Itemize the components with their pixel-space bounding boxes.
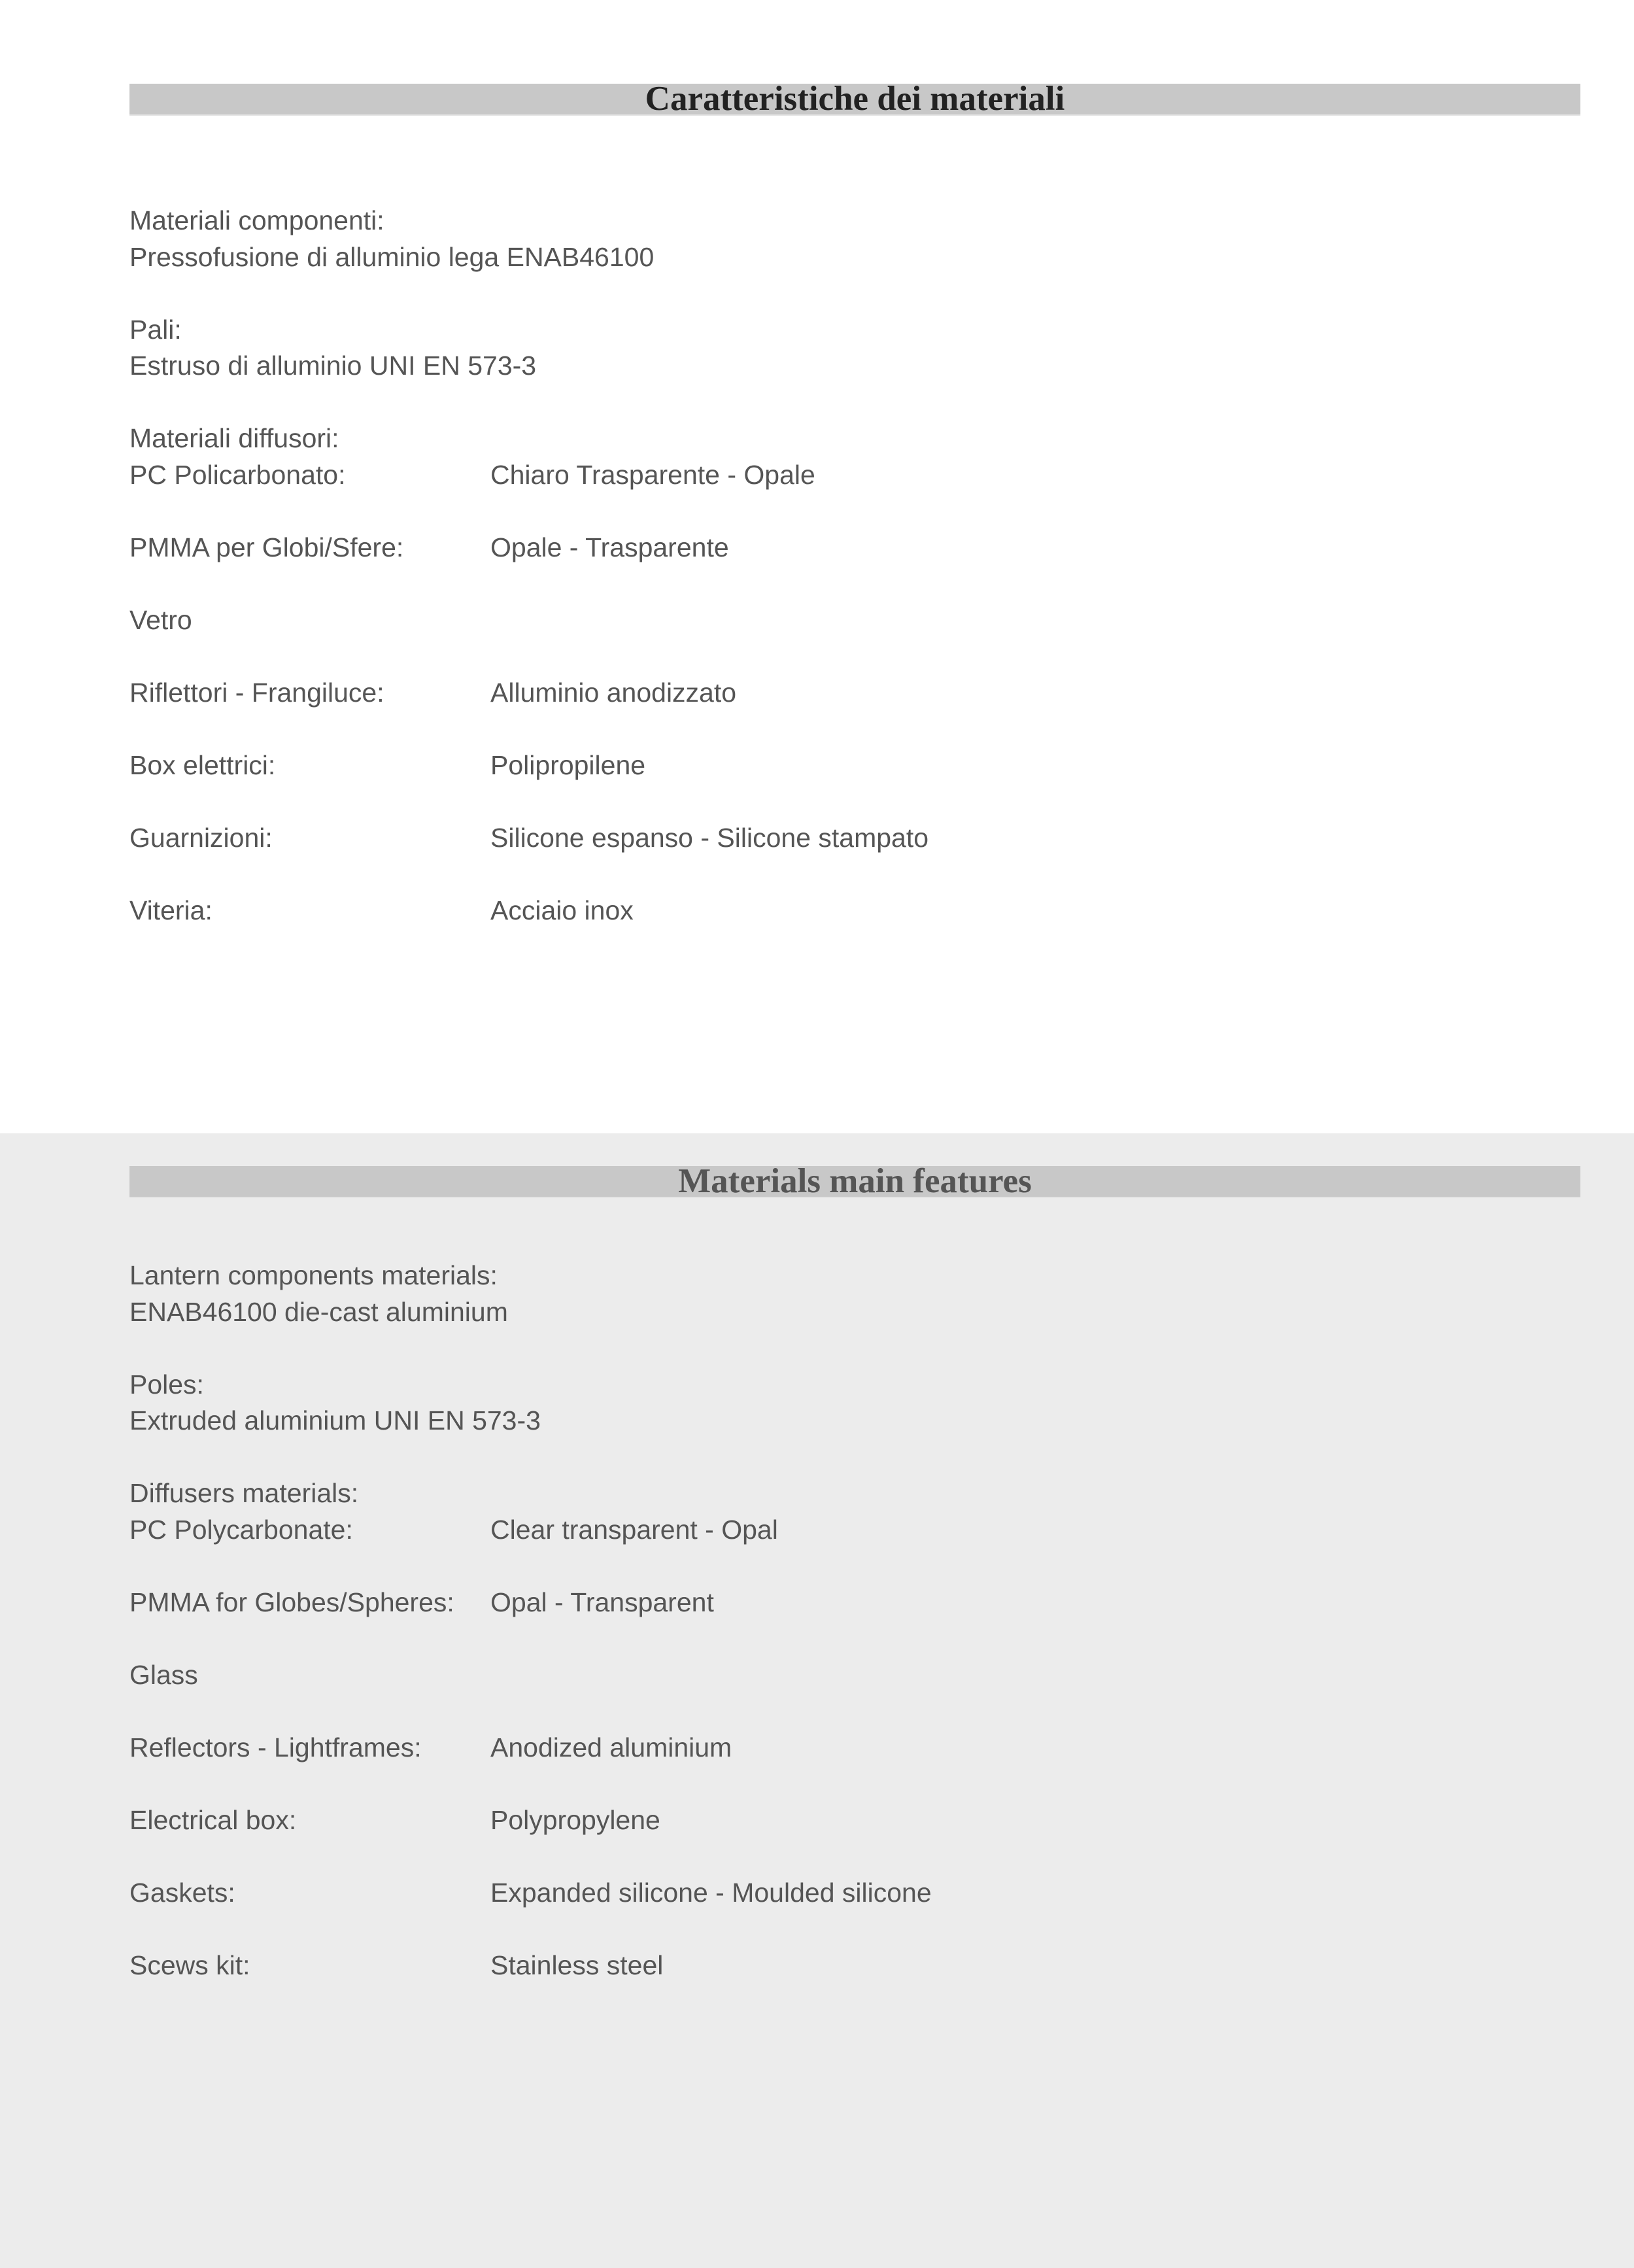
material-value: Opal - Transparent — [490, 1585, 714, 1621]
blank-line — [129, 275, 1568, 312]
material-row: PMMA per Globi/Sfere:Opale - Trasparente — [129, 530, 1568, 566]
italian-title: Caratteristiche dei materiali — [645, 80, 1065, 118]
blank-line — [129, 1548, 1568, 1585]
material-label: Electrical box: — [129, 1802, 296, 1839]
material-label: Materiali componenti: — [129, 203, 384, 239]
material-row: Vetro — [129, 602, 1568, 639]
material-row: Lantern components materials: — [129, 1258, 1568, 1294]
blank-line — [129, 1766, 1568, 1802]
material-label: Gaskets: — [129, 1875, 235, 1912]
material-row: Riflettori - Frangiluce:Alluminio anodiz… — [129, 675, 1568, 712]
material-label: Reflectors - Lightframes: — [129, 1730, 422, 1766]
material-label: Estruso di alluminio UNI EN 573-3 — [129, 348, 536, 385]
material-value: Silicone espanso - Silicone stampato — [490, 820, 928, 857]
material-row: Gaskets:Expanded silicone - Moulded sili… — [129, 1875, 1568, 1912]
english-materials-list: Lantern components materials:ENAB46100 d… — [129, 1258, 1568, 1984]
material-row: Pressofusione di alluminio lega ENAB4610… — [129, 239, 1568, 276]
material-label: PMMA for Globes/Spheres: — [129, 1585, 454, 1621]
material-label: Pressofusione di alluminio lega ENAB4610… — [129, 239, 654, 276]
material-row: Guarnizioni:Silicone espanso - Silicone … — [129, 820, 1568, 857]
material-row: Poles: — [129, 1367, 1568, 1403]
blank-line — [129, 385, 1568, 421]
material-row: Materiali componenti: — [129, 203, 1568, 239]
blank-line — [129, 1911, 1568, 1948]
blank-line — [129, 1621, 1568, 1657]
blank-line — [129, 783, 1568, 820]
material-label: Scews kit: — [129, 1948, 250, 1984]
material-label: Glass — [129, 1657, 198, 1694]
material-label: Poles: — [129, 1367, 204, 1403]
material-row: PC Policarbonato:Chiaro Trasparente - Op… — [129, 457, 1568, 494]
material-row: Glass — [129, 1657, 1568, 1694]
blank-line — [129, 566, 1568, 602]
material-row: PMMA for Globes/Spheres:Opal - Transpare… — [129, 1585, 1568, 1621]
italian-materials-list: Materiali componenti:Pressofusione di al… — [129, 203, 1568, 929]
blank-line — [129, 1330, 1568, 1367]
material-value: Clear transparent - Opal — [490, 1512, 778, 1549]
material-label: PC Polycarbonate: — [129, 1512, 353, 1549]
material-row: Pali: — [129, 312, 1568, 349]
english-title-bar: Materials main features — [129, 1166, 1580, 1198]
material-value: Chiaro Trasparente - Opale — [490, 457, 815, 494]
material-label: Box elettrici: — [129, 747, 275, 784]
material-value: Polypropylene — [490, 1802, 660, 1839]
material-row: Estruso di alluminio UNI EN 573-3 — [129, 348, 1568, 385]
material-label: PC Policarbonato: — [129, 457, 345, 494]
blank-line — [129, 711, 1568, 747]
blank-line — [129, 1693, 1568, 1730]
material-value: Expanded silicone - Moulded silicone — [490, 1875, 932, 1912]
material-value: Anodized aluminium — [490, 1730, 732, 1766]
material-value: Opale - Trasparente — [490, 530, 729, 566]
english-title: Materials main features — [678, 1162, 1032, 1200]
material-row: Extruded aluminium UNI EN 573-3 — [129, 1403, 1568, 1439]
material-row: Box elettrici:Polipropilene — [129, 747, 1568, 784]
material-row: Diffusers materials: — [129, 1475, 1568, 1512]
blank-line — [129, 493, 1568, 530]
blank-line — [129, 638, 1568, 675]
material-row: Materiali diffusori: — [129, 421, 1568, 457]
blank-line — [129, 1838, 1568, 1875]
english-section: Materials main features Lantern componen… — [0, 1133, 1634, 2268]
material-label: Vetro — [129, 602, 192, 639]
material-row: ENAB46100 die-cast aluminium — [129, 1294, 1568, 1331]
blank-line — [129, 1439, 1568, 1476]
material-label: Pali: — [129, 312, 182, 349]
material-label: Riflettori - Frangiluce: — [129, 675, 384, 712]
material-label: ENAB46100 die-cast aluminium — [129, 1294, 508, 1331]
material-row: Electrical box:Polypropylene — [129, 1802, 1568, 1839]
material-row: PC Polycarbonate:Clear transparent - Opa… — [129, 1512, 1568, 1549]
material-row: Scews kit:Stainless steel — [129, 1948, 1568, 1984]
material-label: Lantern components materials: — [129, 1258, 498, 1294]
italian-section: Caratteristiche dei materiali Materiali … — [0, 0, 1634, 1133]
material-row: Reflectors - Lightframes:Anodized alumin… — [129, 1730, 1568, 1766]
material-label: Diffusers materials: — [129, 1475, 358, 1512]
material-label: Viteria: — [129, 893, 213, 929]
material-value: Stainless steel — [490, 1948, 663, 1984]
material-value: Acciaio inox — [490, 893, 634, 929]
material-value: Alluminio anodizzato — [490, 675, 736, 712]
material-label: Guarnizioni: — [129, 820, 273, 857]
material-label: Materiali diffusori: — [129, 421, 339, 457]
material-label: Extruded aluminium UNI EN 573-3 — [129, 1403, 541, 1439]
material-row: Viteria:Acciaio inox — [129, 893, 1568, 929]
material-value: Polipropilene — [490, 747, 645, 784]
blank-line — [129, 856, 1568, 893]
material-label: PMMA per Globi/Sfere: — [129, 530, 403, 566]
italian-title-bar: Caratteristiche dei materiali — [129, 84, 1580, 116]
